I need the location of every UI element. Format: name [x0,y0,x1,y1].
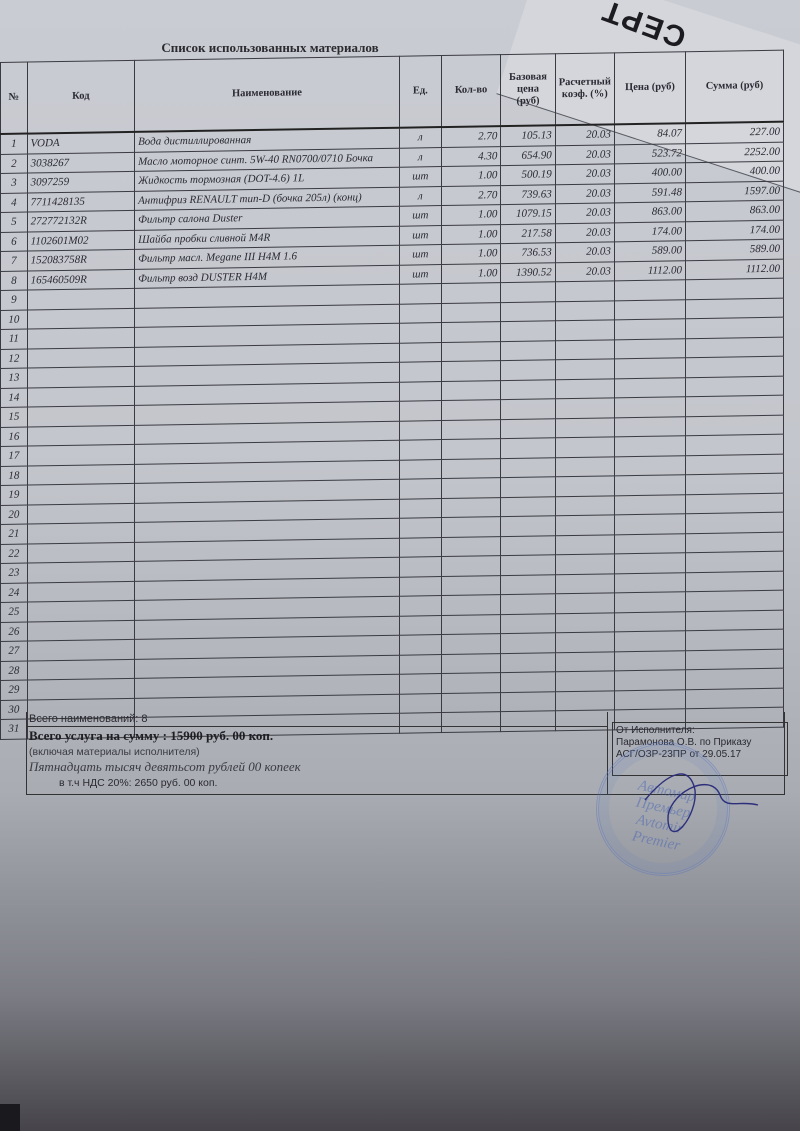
cell-price [614,455,685,476]
cell-num: 31 [1,719,28,739]
cell-price [614,299,685,320]
cell-num: 28 [1,661,28,681]
cell-base-price [501,633,555,653]
cell-sum: 400.00 [686,161,784,182]
cell-unit [399,654,441,674]
cell-qty [441,283,501,303]
cell-price [614,494,685,515]
cell-base-price [501,399,555,419]
cell-sum [686,649,784,670]
cell-qty [441,692,501,712]
cell-price [614,611,685,632]
cell-base-price [501,438,555,458]
cell-price [614,592,685,613]
cell-coef [555,320,614,340]
cell-coef [555,651,614,671]
cell-unit [399,479,441,499]
cell-coef: 20.03 [555,242,614,262]
vat-amount: в т.ч НДС 20%: 2650 руб. 00 коп. [27,775,607,789]
cell-price: 523.72 [614,143,685,164]
cell-base-price [501,418,555,438]
cell-unit [399,693,441,713]
cell-base-price: 500.19 [501,165,555,185]
cell-qty: 1.00 [441,205,501,225]
cell-sum [686,610,784,631]
cell-base-price [501,613,555,633]
cell-base-price [501,574,555,594]
cell-price [614,436,685,457]
cell-price [614,670,685,691]
header-sum: Сумма (руб) [686,50,784,123]
cell-unit [399,440,441,460]
summary-block: Всего наименований: 8 Всего услуга на су… [26,712,608,795]
cell-unit [399,498,441,518]
table-header-row: № Код Наименование Ед. Кол-во Базовая це… [1,50,784,134]
cell-base-price [501,457,555,477]
cell-coef [555,690,614,710]
cell-num: 20 [1,505,28,525]
cell-num: 30 [1,700,28,720]
cell-num: 14 [1,388,28,408]
cell-unit [399,596,441,616]
cell-base-price [501,555,555,575]
cell-num: 3 [1,173,28,193]
cell-unit [399,342,441,362]
cell-coef [555,281,614,301]
cell-qty [441,556,501,576]
cell-coef [555,378,614,398]
cell-num: 9 [1,290,28,310]
cell-coef [555,573,614,593]
cell-code [27,561,134,582]
cell-code [27,620,134,641]
cell-sum [686,434,784,455]
cell-coef [555,300,614,320]
cell-price [614,572,685,593]
cell-qty [441,400,501,420]
cell-code: VODA [27,132,134,154]
signature-mark [640,760,760,850]
cell-sum [686,688,784,709]
cell-qty [441,458,501,478]
cell-num: 22 [1,544,28,564]
cell-code: 152083758R [27,249,134,270]
cell-unit [399,381,441,401]
cell-code [27,308,134,329]
header-unit: Ед. [399,56,441,128]
items-count: Всего наименований: 8 [27,712,607,727]
cell-price [614,377,685,398]
cell-coef [555,456,614,476]
cell-sum [686,668,784,689]
cell-num: 25 [1,602,28,622]
cell-num: 18 [1,466,28,486]
cell-code [27,639,134,660]
cell-code [27,483,134,504]
cell-qty [441,653,501,673]
cell-code: 1102601M02 [27,230,134,251]
cell-coef: 20.03 [555,222,614,242]
cell-qty: 4.30 [441,146,501,166]
cell-unit: л [399,147,441,167]
cell-sum: 1597.00 [686,181,784,202]
cell-sum [686,493,784,514]
cell-code [27,600,134,621]
cell-unit [399,401,441,421]
header-code: Код [27,60,134,133]
cell-qty: 1.00 [441,224,501,244]
photo-corner-shadow [0,1104,20,1131]
cell-sum: 174.00 [686,220,784,241]
cell-num: 11 [1,329,28,349]
cell-unit [399,557,441,577]
cell-sum: 1112.00 [686,259,784,280]
cell-coef: 20.03 [555,124,614,145]
cell-code: 3038267 [27,152,134,173]
cell-code: 165460509R [27,269,134,290]
cell-coef [555,417,614,437]
cell-price: 84.07 [614,123,685,144]
cell-coef [555,632,614,652]
cell-sum: 863.00 [686,200,784,221]
cell-unit [399,420,441,440]
cell-price [614,280,685,301]
cell-qty [441,575,501,595]
cell-coef [555,495,614,515]
cell-sum [686,571,784,592]
cell-price [614,514,685,535]
cell-unit [399,284,441,304]
cell-qty [441,478,501,498]
header-name: Наименование [135,56,400,132]
cell-code [27,288,134,309]
cell-qty [441,322,501,342]
cell-num: 6 [1,232,28,252]
cell-qty [441,497,501,517]
cell-base-price: 654.90 [501,145,555,165]
cell-coef [555,359,614,379]
cell-unit [399,323,441,343]
cell-unit: л [399,127,441,148]
cell-num: 5 [1,212,28,232]
cell-base-price [501,477,555,497]
cell-qty: 1.00 [441,263,501,283]
cell-code [27,542,134,563]
total-amount: Всего услуга на сумму : 15900 руб. 00 ко… [27,727,607,745]
cell-num: 7 [1,251,28,271]
header-num: № [1,62,28,134]
cell-base-price [501,672,555,692]
header-qty: Кол-во [441,55,501,127]
cell-coef [555,554,614,574]
cell-code [27,386,134,407]
cell-coef: 20.03 [555,261,614,281]
cell-code [27,327,134,348]
cell-sum [686,473,784,494]
header-coef: Расчетный коэф. (%) [555,53,614,125]
cell-code: 7711428135 [27,191,134,212]
cell-qty: 2.70 [441,185,501,205]
cell-sum [686,415,784,436]
signer-line-1: От Исполнителя: [616,725,784,737]
cell-base-price: 1390.52 [501,262,555,282]
cell-coef [555,476,614,496]
cell-code: 272772132R [27,210,134,231]
materials-table: № Код Наименование Ед. Кол-во Базовая це… [0,50,784,740]
cell-num: 16 [1,427,28,447]
cell-code [27,425,134,446]
cell-qty [441,341,501,361]
cell-num: 10 [1,310,28,330]
cell-base-price [501,691,555,711]
cell-unit [399,674,441,694]
cell-qty: 1.00 [441,244,501,264]
cell-num: 21 [1,524,28,544]
cell-num: 4 [1,193,28,213]
cell-num: 29 [1,680,28,700]
cell-num: 15 [1,407,28,427]
cell-num: 12 [1,349,28,369]
cell-base-price [501,535,555,555]
cell-coef: 20.03 [555,164,614,184]
cell-sum [686,356,784,377]
cell-code [27,522,134,543]
cell-qty: 1.00 [441,166,501,186]
cell-sum [686,532,784,553]
cell-code [27,366,134,387]
cell-base-price: 217.58 [501,223,555,243]
cell-unit [399,537,441,557]
cell-base-price [501,340,555,360]
cell-price [614,689,685,710]
cell-sum [686,278,784,299]
cell-coef: 20.03 [555,203,614,223]
cell-coef [555,437,614,457]
cell-unit: шт [399,245,441,265]
cell-unit: шт [399,206,441,226]
cell-base-price: 1079.15 [501,204,555,224]
cell-num: 27 [1,641,28,661]
cell-unit: шт [399,167,441,187]
cell-sum [686,551,784,572]
cell-price [614,416,685,437]
cell-price: 591.48 [614,182,685,203]
cell-unit [399,576,441,596]
cell-qty [441,595,501,615]
cell-qty [441,439,501,459]
cell-base-price [501,652,555,672]
cell-unit [399,362,441,382]
document-title: Список использованных материалов [0,40,540,56]
cell-unit [399,459,441,479]
cell-base-price [501,594,555,614]
cell-num: 17 [1,446,28,466]
cell-price [614,358,685,379]
cell-base-price: 105.13 [501,125,555,146]
cell-qty [441,673,501,693]
cell-base-price [501,360,555,380]
cell-qty [441,536,501,556]
cell-price [614,475,685,496]
cell-qty [441,634,501,654]
cell-code [27,444,134,465]
cell-unit: л [399,186,441,206]
cell-code [27,659,134,680]
cell-price [614,553,685,574]
cell-code [27,581,134,602]
cell-unit: шт [399,264,441,284]
header-price: Цена (руб) [614,52,685,125]
cell-price: 174.00 [614,221,685,242]
cell-coef [555,534,614,554]
including-note: (включая материалы исполнителя) [27,745,607,759]
cell-sum [686,376,784,397]
cell-coef: 20.03 [555,144,614,164]
table-body: 1VODAВода дистиллированнаял2.70105.1320.… [1,122,784,739]
cell-sum [686,395,784,416]
cell-num: 23 [1,563,28,583]
cell-sum: 589.00 [686,239,784,260]
cell-sum: 2252.00 [686,142,784,163]
cell-coef [555,671,614,691]
cell-price: 400.00 [614,163,685,184]
cell-code [27,347,134,368]
cell-price [614,533,685,554]
cell-code: 3097259 [27,171,134,192]
cell-qty [441,380,501,400]
cell-base-price [501,496,555,516]
cell-sum [686,298,784,319]
cell-num: 8 [1,271,28,291]
cell-base-price [501,282,555,302]
cell-num: 13 [1,368,28,388]
cell-unit [399,615,441,635]
cell-code [27,464,134,485]
cell-price [614,319,685,340]
cell-qty [441,517,501,537]
cell-unit [399,518,441,538]
cell-sum [686,590,784,611]
cell-base-price: 736.53 [501,243,555,263]
cell-sum [686,317,784,338]
cell-sum [686,629,784,650]
cell-num: 1 [1,134,28,154]
cell-unit: шт [399,225,441,245]
cell-coef [555,612,614,632]
cell-sum: 227.00 [686,122,784,144]
cell-qty [441,419,501,439]
cell-num: 2 [1,154,28,174]
cell-qty [441,302,501,322]
cell-price [614,397,685,418]
cell-price [614,650,685,671]
cell-unit [399,635,441,655]
cell-coef [555,593,614,613]
cell-sum [686,337,784,358]
cell-qty [441,614,501,634]
cell-sum [686,512,784,533]
cell-base-price: 739.63 [501,184,555,204]
cell-qty [441,361,501,381]
cell-qty: 2.70 [441,126,501,147]
cell-code [27,405,134,426]
cell-coef [555,339,614,359]
cell-coef: 20.03 [555,183,614,203]
cell-price: 1112.00 [614,260,685,281]
cell-price [614,631,685,652]
cell-coef [555,398,614,418]
cell-base-price [501,516,555,536]
cell-price: 863.00 [614,202,685,223]
cell-code [27,503,134,524]
cell-code [27,678,134,699]
cell-coef [555,515,614,535]
cell-base-price [501,379,555,399]
cell-num: 26 [1,622,28,642]
cell-num: 19 [1,485,28,505]
cell-price: 589.00 [614,241,685,262]
cell-base-price [501,321,555,341]
header-base-price: Базовая цена (руб) [501,54,555,126]
amount-in-words: Пятнадцать тысяч девятьсот рублей 00 коп… [27,759,607,775]
cell-sum [686,454,784,475]
cell-num: 24 [1,583,28,603]
cell-price [614,338,685,359]
cell-base-price [501,301,555,321]
cell-unit [399,303,441,323]
